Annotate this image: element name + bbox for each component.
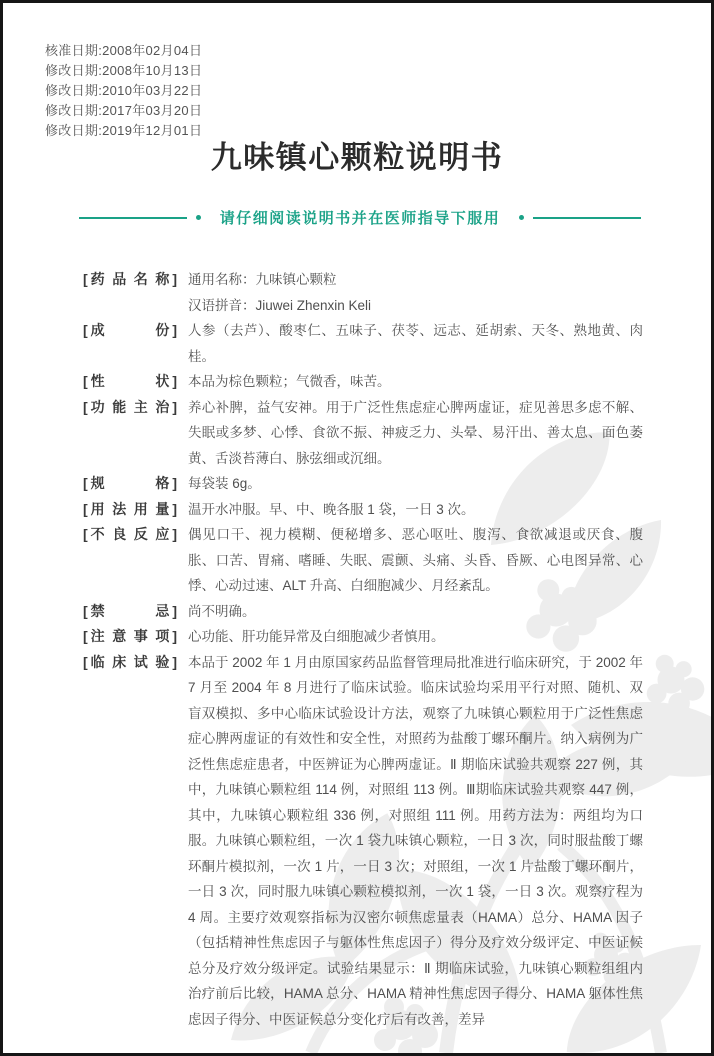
dot-right bbox=[519, 215, 524, 220]
date-line: 修改日期:2008年10月13日 bbox=[45, 61, 202, 81]
content-line: 本品于 2002 年 1 月由原国家药品监督管理局批准进行临床研究，于 2002… bbox=[188, 650, 643, 1033]
section-row: [ 不良反应 ] 偶见口干、视力模糊、便秘增多、恶心呕吐、腹泻、食欲减退或厌食、… bbox=[83, 522, 643, 599]
section-content: 养心补脾，益气安神。用于广泛性焦虑症心脾两虚证，症见善思多虑不解、失眠或多梦、心… bbox=[188, 395, 643, 472]
bracket-close: ] bbox=[172, 471, 177, 497]
section-label-text: 规格 bbox=[91, 471, 170, 497]
content-line: 每袋装 6g。 bbox=[188, 471, 643, 497]
content-line: 人参（去芦）、酸枣仁、五味子、茯苓、远志、延胡索、天冬、熟地黄、肉桂。 bbox=[188, 318, 643, 369]
section-content: 人参（去芦）、酸枣仁、五味子、茯苓、远志、延胡索、天冬、熟地黄、肉桂。 bbox=[188, 318, 643, 369]
content-line: 偶见口干、视力模糊、便秘增多、恶心呕吐、腹泻、食欲减退或厌食、腹胀、口苦、胃痛、… bbox=[188, 522, 643, 599]
section-row: [ 性状 ] 本品为棕色颗粒；气微香，味苦。 bbox=[83, 369, 643, 395]
content-line: 通用名称：九味镇心颗粒 bbox=[188, 267, 643, 293]
bracket-open: [ bbox=[83, 395, 88, 421]
section-row: [ 药品名称 ] 通用名称：九味镇心颗粒汉语拼音：Jiuwei Zhenxin … bbox=[83, 267, 643, 318]
bracket-open: [ bbox=[83, 599, 88, 625]
rule-left bbox=[79, 217, 187, 219]
section-label: [ 注意事项 ] bbox=[83, 624, 177, 650]
sections-list: [ 药品名称 ] 通用名称：九味镇心颗粒汉语拼音：Jiuwei Zhenxin … bbox=[83, 267, 643, 1032]
rule-right bbox=[533, 217, 641, 219]
section-label: [ 药品名称 ] bbox=[83, 267, 177, 293]
section-content: 心功能、肝功能异常及白细胞减少者慎用。 bbox=[188, 624, 643, 650]
section-label-text: 成份 bbox=[91, 318, 170, 344]
section-content: 每袋装 6g。 bbox=[188, 471, 643, 497]
section-label: [ 性状 ] bbox=[83, 369, 177, 395]
bracket-open: [ bbox=[83, 522, 88, 548]
section-row: [ 注意事项 ] 心功能、肝功能异常及白细胞减少者慎用。 bbox=[83, 624, 643, 650]
bracket-open: [ bbox=[83, 369, 88, 395]
section-label-text: 功能主治 bbox=[91, 395, 170, 421]
section-content: 本品于 2002 年 1 月由原国家药品监督管理局批准进行临床研究，于 2002… bbox=[188, 650, 643, 1033]
bracket-close: ] bbox=[172, 497, 177, 523]
section-label-text: 注意事项 bbox=[91, 624, 170, 650]
section-label-text: 临床试验 bbox=[91, 650, 170, 676]
section-label: [ 禁忌 ] bbox=[83, 599, 177, 625]
section-label: [ 规格 ] bbox=[83, 471, 177, 497]
content-line: 养心补脾，益气安神。用于广泛性焦虑症心脾两虚证，症见善思多虑不解、失眠或多梦、心… bbox=[188, 395, 643, 472]
bracket-open: [ bbox=[83, 267, 88, 293]
bracket-close: ] bbox=[172, 599, 177, 625]
bracket-close: ] bbox=[172, 369, 177, 395]
section-row: [ 规格 ] 每袋装 6g。 bbox=[83, 471, 643, 497]
bracket-close: ] bbox=[172, 267, 177, 293]
revision-dates: 核准日期:2008年02月04日修改日期:2008年10月13日修改日期:201… bbox=[45, 41, 202, 141]
bracket-open: [ bbox=[83, 650, 88, 676]
bracket-open: [ bbox=[83, 318, 88, 344]
section-label-text: 用法用量 bbox=[91, 497, 170, 523]
bracket-close: ] bbox=[172, 624, 177, 650]
bracket-open: [ bbox=[83, 497, 88, 523]
section-label-text: 不良反应 bbox=[91, 522, 170, 548]
content-line: 心功能、肝功能异常及白细胞减少者慎用。 bbox=[188, 624, 643, 650]
content-line: 尚不明确。 bbox=[188, 599, 643, 625]
bracket-open: [ bbox=[83, 471, 88, 497]
section-label: [ 用法用量 ] bbox=[83, 497, 177, 523]
read-instruction-text: 请仔细阅读说明书并在医师指导下服用 bbox=[210, 207, 511, 228]
section-label-text: 药品名称 bbox=[91, 267, 170, 293]
section-content: 通用名称：九味镇心颗粒汉语拼音：Jiuwei Zhenxin Keli bbox=[188, 267, 643, 318]
content-line: 本品为棕色颗粒；气微香，味苦。 bbox=[188, 369, 643, 395]
section-row: [ 禁忌 ] 尚不明确。 bbox=[83, 599, 643, 625]
section-label-text: 性状 bbox=[91, 369, 170, 395]
section-label: [ 成份 ] bbox=[83, 318, 177, 344]
bracket-close: ] bbox=[172, 522, 177, 548]
bracket-close: ] bbox=[172, 650, 177, 676]
section-content: 温开水冲服。早、中、晚各服 1 袋，一日 3 次。 bbox=[188, 497, 643, 523]
bracket-close: ] bbox=[172, 318, 177, 344]
section-row: [ 功能主治 ] 养心补脾，益气安神。用于广泛性焦虑症心脾两虚证，症见善思多虑不… bbox=[83, 395, 643, 472]
section-row: [ 成份 ] 人参（去芦）、酸枣仁、五味子、茯苓、远志、延胡索、天冬、熟地黄、肉… bbox=[83, 318, 643, 369]
section-label: [ 功能主治 ] bbox=[83, 395, 177, 421]
date-line: 核准日期:2008年02月04日 bbox=[45, 41, 202, 61]
section-content: 尚不明确。 bbox=[188, 599, 643, 625]
section-label: [ 不良反应 ] bbox=[83, 522, 177, 548]
content-line: 汉语拼音：Jiuwei Zhenxin Keli bbox=[188, 293, 643, 319]
section-content: 偶见口干、视力模糊、便秘增多、恶心呕吐、腹泻、食欲减退或厌食、腹胀、口苦、胃痛、… bbox=[188, 522, 643, 599]
bracket-close: ] bbox=[172, 395, 177, 421]
content-line: 温开水冲服。早、中、晚各服 1 袋，一日 3 次。 bbox=[188, 497, 643, 523]
section-content: 本品为棕色颗粒；气微香，味苦。 bbox=[188, 369, 643, 395]
bracket-open: [ bbox=[83, 624, 88, 650]
read-instruction-banner: 请仔细阅读说明书并在医师指导下服用 bbox=[79, 207, 641, 228]
date-line: 修改日期:2017年03月20日 bbox=[45, 101, 202, 121]
drug-leaflet-page: 核准日期:2008年02月04日修改日期:2008年10月13日修改日期:201… bbox=[0, 0, 714, 1056]
dot-left bbox=[196, 215, 201, 220]
section-row: [ 用法用量 ] 温开水冲服。早、中、晚各服 1 袋，一日 3 次。 bbox=[83, 497, 643, 523]
section-label: [ 临床试验 ] bbox=[83, 650, 177, 676]
date-line: 修改日期:2010年03月22日 bbox=[45, 81, 202, 101]
section-label-text: 禁忌 bbox=[91, 599, 170, 625]
section-row: [ 临床试验 ] 本品于 2002 年 1 月由原国家药品监督管理局批准进行临床… bbox=[83, 650, 643, 1033]
page-title: 九味镇心颗粒说明书 bbox=[3, 132, 711, 177]
